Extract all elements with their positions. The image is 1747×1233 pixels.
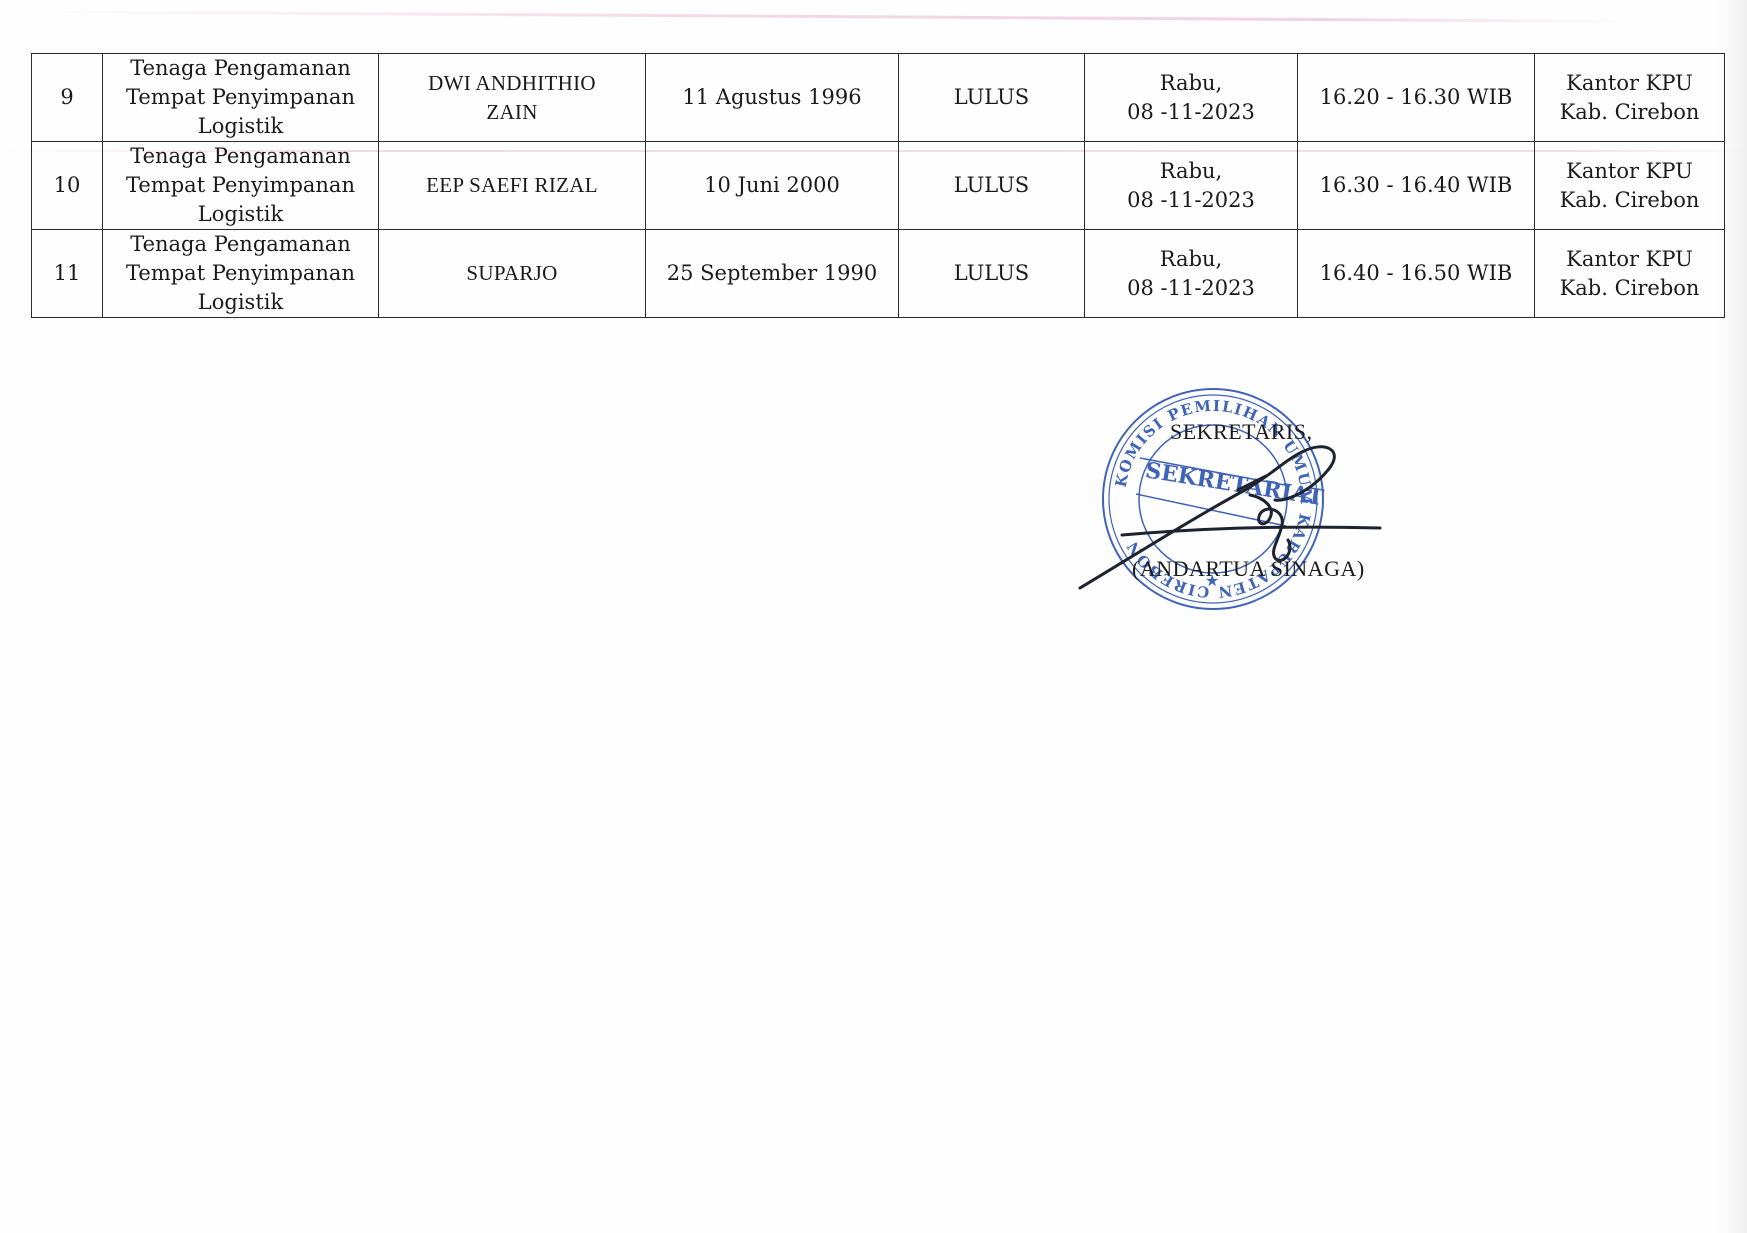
location-cell: Kantor KPUKab. Cirebon <box>1535 230 1725 318</box>
position-cell-line: Tenaga Pengamanan <box>107 54 374 83</box>
location-cell: Kantor KPUKab. Cirebon <box>1535 54 1725 142</box>
row-number-cell: 9 <box>32 54 103 142</box>
time-cell-line: 16.40 - 16.50 WIB <box>1302 259 1530 288</box>
schedule-date-cell: Rabu,08 -11-2023 <box>1085 230 1298 318</box>
position-cell-line: Logistik <box>107 288 374 317</box>
schedule-date-cell-line: Rabu, <box>1089 69 1293 98</box>
schedule-date-cell-line: 08 -11-2023 <box>1089 274 1293 303</box>
location-cell-line: Kab. Cirebon <box>1539 98 1720 127</box>
status-cell-line: LULUS <box>903 83 1080 112</box>
position-cell-line: Logistik <box>107 112 374 141</box>
table-row: 9Tenaga PengamananTempat PenyimpananLogi… <box>32 54 1725 142</box>
position-cell-line: Tempat Penyimpanan <box>107 171 374 200</box>
schedule-date-cell-line: Rabu, <box>1089 245 1293 274</box>
time-cell: 16.20 - 16.30 WIB <box>1298 54 1535 142</box>
birth-date-cell-line: 11 Agustus 1996 <box>650 83 894 112</box>
candidate-name-cell-line: ZAIN <box>383 98 641 127</box>
time-cell-line: 16.30 - 16.40 WIB <box>1302 171 1530 200</box>
scan-artifact-line <box>0 10 1640 23</box>
location-cell: Kantor KPUKab. Cirebon <box>1535 142 1725 230</box>
schedule-date-cell: Rabu,08 -11-2023 <box>1085 142 1298 230</box>
position-cell: Tenaga PengamananTempat PenyimpananLogis… <box>103 142 379 230</box>
position-cell-line: Tempat Penyimpanan <box>107 259 374 288</box>
candidate-name-cell: DWI ANDHITHIOZAIN <box>379 54 646 142</box>
location-cell-line: Kab. Cirebon <box>1539 186 1720 215</box>
table-row: 10Tenaga PengamananTempat PenyimpananLog… <box>32 142 1725 230</box>
position-cell-line: Tenaga Pengamanan <box>107 230 374 259</box>
status-cell: LULUS <box>899 142 1085 230</box>
location-cell-line: Kantor KPU <box>1539 245 1720 274</box>
time-cell: 16.30 - 16.40 WIB <box>1298 142 1535 230</box>
table-row: 11Tenaga PengamananTempat PenyimpananLog… <box>32 230 1725 318</box>
schedule-date-cell-line: 08 -11-2023 <box>1089 186 1293 215</box>
candidate-name-cell-line: EEP SAEFI RIZAL <box>383 171 641 200</box>
row-number-cell: 10 <box>32 142 103 230</box>
row-number-cell-line: 11 <box>36 259 98 288</box>
schedule-date-cell: Rabu,08 -11-2023 <box>1085 54 1298 142</box>
birth-date-cell-line: 25 September 1990 <box>650 259 894 288</box>
location-cell-line: Kab. Cirebon <box>1539 274 1720 303</box>
time-cell: 16.40 - 16.50 WIB <box>1298 230 1535 318</box>
birth-date-cell: 11 Agustus 1996 <box>646 54 899 142</box>
position-cell-line: Tenaga Pengamanan <box>107 142 374 171</box>
birth-date-cell: 10 Juni 2000 <box>646 142 899 230</box>
position-cell-line: Tempat Penyimpanan <box>107 83 374 112</box>
location-cell-line: Kantor KPU <box>1539 69 1720 98</box>
status-cell: LULUS <box>899 54 1085 142</box>
birth-date-cell: 25 September 1990 <box>646 230 899 318</box>
schedule-date-cell-line: Rabu, <box>1089 157 1293 186</box>
table-body: 9Tenaga PengamananTempat PenyimpananLogi… <box>32 54 1725 318</box>
time-cell-line: 16.20 - 16.30 WIB <box>1302 83 1530 112</box>
position-cell: Tenaga PengamananTempat PenyimpananLogis… <box>103 54 379 142</box>
position-cell: Tenaga PengamananTempat PenyimpananLogis… <box>103 230 379 318</box>
birth-date-cell-line: 10 Juni 2000 <box>650 171 894 200</box>
row-number-cell-line: 9 <box>36 83 98 112</box>
status-cell: LULUS <box>899 230 1085 318</box>
signatory-name: (ANDARTUA SINAGA) <box>1132 556 1365 582</box>
row-number-cell-line: 10 <box>36 171 98 200</box>
row-number-cell: 11 <box>32 230 103 318</box>
schedule-date-cell-line: 08 -11-2023 <box>1089 98 1293 127</box>
candidate-name-cell-line: SUPARJO <box>383 259 641 288</box>
candidate-name-cell: EEP SAEFI RIZAL <box>379 142 646 230</box>
location-cell-line: Kantor KPU <box>1539 157 1720 186</box>
candidate-name-cell-line: DWI ANDHITHIO <box>383 69 641 98</box>
position-cell-line: Logistik <box>107 200 374 229</box>
candidate-name-cell: SUPARJO <box>379 230 646 318</box>
status-cell-line: LULUS <box>903 259 1080 288</box>
interview-schedule-table: 9Tenaga PengamananTempat PenyimpananLogi… <box>31 53 1725 318</box>
status-cell-line: LULUS <box>903 171 1080 200</box>
